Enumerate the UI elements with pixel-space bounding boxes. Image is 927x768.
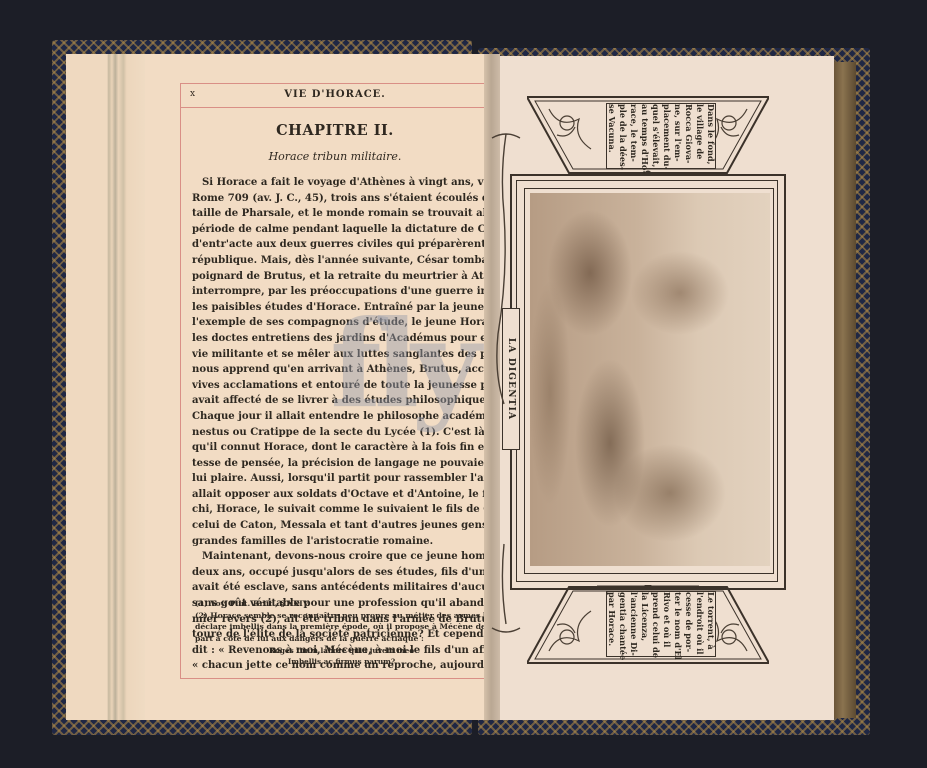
landscape-photograph	[530, 193, 770, 566]
text-line: lui plaire. Aussi, lorsqu'il partit pour…	[192, 471, 488, 487]
caption-line: cesse de por-	[683, 592, 694, 656]
text-line: Maintenant, devons-nous croire que ce je…	[192, 549, 488, 565]
text-line: interrompre, par les préoccupations d'un…	[192, 284, 488, 300]
text-line: Rome 709 (av. J. C., 45), trois ans s'ét…	[192, 191, 488, 207]
caption-line: Rivo et où il	[661, 592, 672, 656]
caption-line: race, le tem-	[628, 104, 639, 168]
footnote-line: déclare imbellis dans la première épode,…	[195, 621, 488, 633]
verse-line: Imbellis ac firmus parum?	[195, 656, 488, 667]
caption-line: ne, sur l'em-	[672, 104, 683, 168]
text-line: taille de Pharsale, et le monde romain s…	[192, 206, 488, 222]
chapter-heading: CHAPITRE II.	[180, 122, 490, 139]
text-line: vie militante et se mêler aux luttes san…	[192, 347, 488, 363]
text-line: période de calme pendant laquelle la dic…	[192, 222, 488, 238]
verse-line: Roges tuum labore quid juvem meo	[195, 645, 488, 656]
caption-line: Rocca Giova-	[683, 104, 694, 168]
caption-line: ter le nom d'El	[672, 592, 683, 656]
caption-line: placement du-	[661, 104, 672, 168]
text-line: nous apprend qu'en arrivant à Athènes, B…	[192, 362, 488, 378]
caption-line: l'endroit où il	[694, 592, 705, 656]
text-line: d'entr'acte aux deux guerres civiles qui…	[192, 237, 488, 253]
latin-verse: Roges tuum labore quid juvem meoImbellis…	[195, 645, 488, 667]
text-line: deux ans, occupé jusqu'alors de ses étud…	[192, 565, 488, 581]
text-line: les paisibles études d'Horace. Entraîné …	[192, 300, 488, 316]
caption-line: prend celui de	[650, 592, 661, 656]
text-line: grandes familles de l'aristocratie romai…	[192, 534, 488, 550]
text-line: l'exemple de ses compagnons d'étude, le …	[192, 315, 488, 331]
caption-line: le village de	[694, 104, 705, 168]
running-head: x VIE D'HORACE.	[180, 83, 490, 108]
caption-bottom-box: Le torrent, àl'endroit où ilcesse de por…	[606, 591, 716, 657]
caption-line: au temps d'Ho-	[639, 104, 650, 168]
caption-line: l'ancienne Di-	[628, 592, 639, 656]
footnote-line: (1) Voy. Plut. Brut., § XXIV.	[195, 598, 488, 610]
caption-line: Dans le fond,	[705, 104, 716, 168]
caption-top-box: Dans le fond,le village deRocca Giova-ne…	[606, 103, 716, 169]
page-block-right	[834, 62, 856, 718]
text-line: république. Mais, dès l'année suivante, …	[192, 253, 488, 269]
vine-ornament-icon	[490, 128, 530, 648]
text-line: celui de Caton, Messala et tant d'autres…	[192, 518, 488, 534]
text-line: tesse de pensée, la précision de langage…	[192, 456, 488, 472]
text-line: chi, Horace, le suivait comme le suivaie…	[192, 502, 488, 518]
caption-bottom-text: Le torrent, àl'endroit où ilcesse de por…	[606, 592, 716, 656]
text-line: les doctes entretiens des jardins d'Acad…	[192, 331, 488, 347]
text-line: avait été esclave, sans antécédents mili…	[192, 580, 488, 596]
caption-line: par Horace.	[606, 592, 617, 656]
caption-line: gentia chantée	[617, 592, 628, 656]
text-line: nestus ou Cratippe de la secte du Lycée …	[192, 425, 488, 441]
caption-line: quel s'élevait,	[650, 104, 661, 168]
text-line: Chaque jour il allait entendre le philos…	[192, 409, 488, 425]
page-block-left	[66, 54, 148, 720]
text-line: avait affecté de se livrer à des études …	[192, 393, 488, 409]
caption-line: Le torrent, à	[705, 592, 716, 656]
caption-line: ple de la dées-	[617, 104, 628, 168]
text-line: poignard de Brutus, et la retraite du me…	[192, 269, 488, 285]
footnotes: (1) Voy. Plut. Brut., § XXIV.(2) Horace …	[195, 598, 488, 644]
text-line: allait opposer aux soldats d'Octave et d…	[192, 487, 488, 503]
caption-top-text: Dans le fond,le village deRocca Giova-ne…	[606, 104, 716, 168]
caption-line: se Vacuna.	[606, 104, 617, 168]
footnote-line: (2) Horace semble se reconnaître peu pro…	[195, 610, 488, 622]
chapter-subtitle: Horace tribun militaire.	[180, 150, 490, 163]
text-line: Si Horace a fait le voyage d'Athènes à v…	[192, 175, 488, 191]
footnote-line: part à côté de lui aux dangers de la gue…	[195, 633, 488, 645]
running-head-title: VIE D'HORACE.	[180, 89, 490, 100]
text-line: qu'il connut Horace, dont le caractère à…	[192, 440, 488, 456]
caption-line: la Licenza,	[639, 592, 650, 656]
text-line: vives acclamations et entouré de toute l…	[192, 378, 488, 394]
